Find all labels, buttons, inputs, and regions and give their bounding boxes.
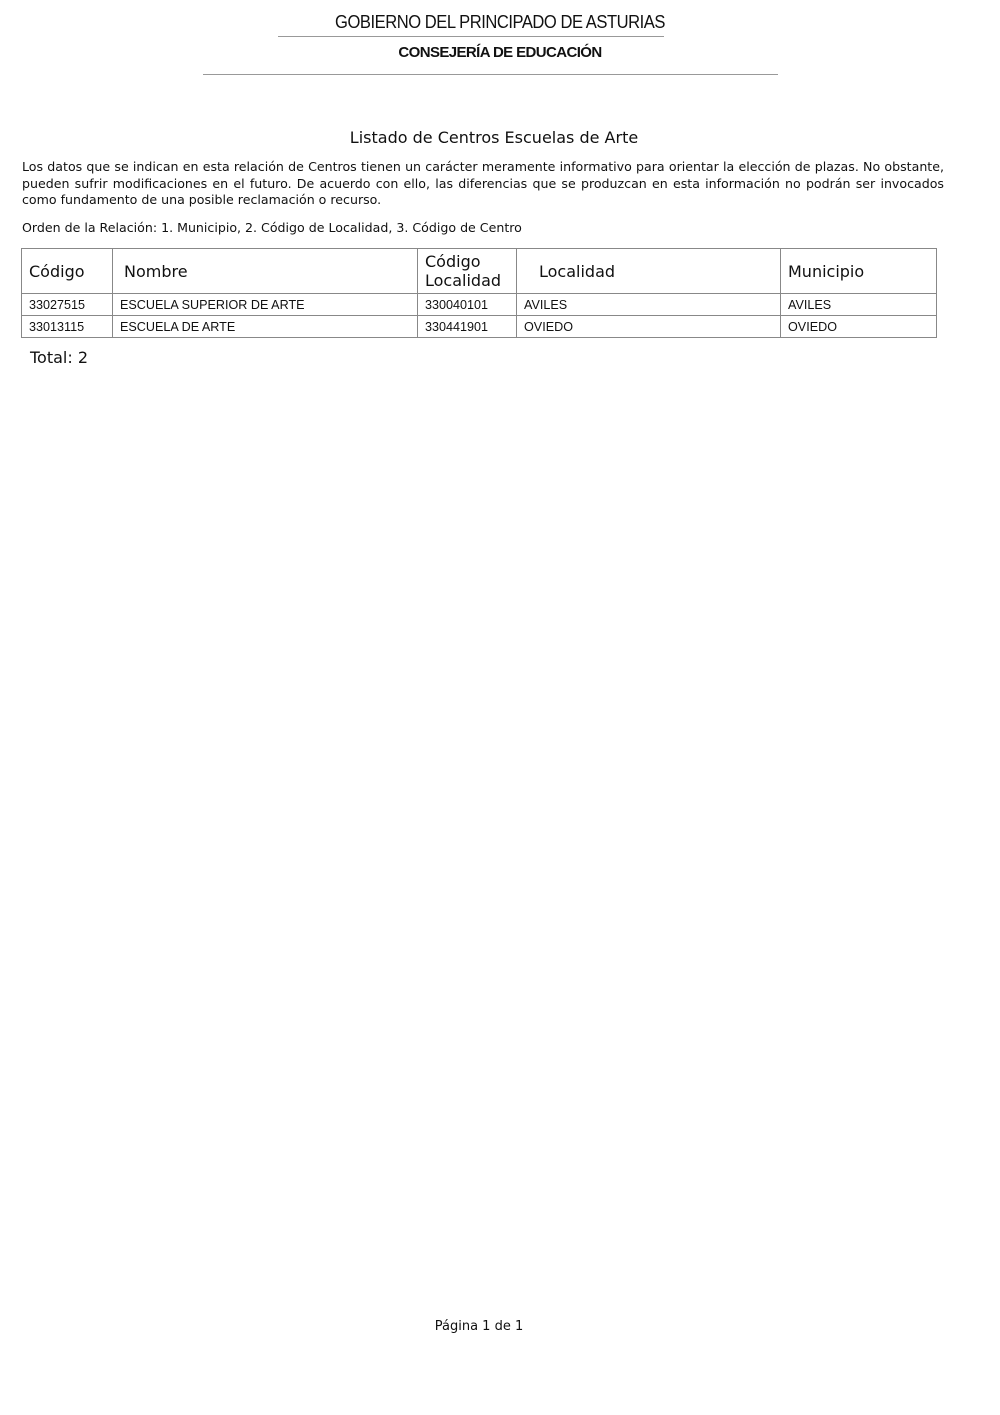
cell-codigo: 33013115: [22, 316, 113, 338]
col-nombre: Nombre: [113, 249, 418, 294]
table-header-row: Código Nombre Código Localidad Localidad…: [22, 249, 937, 294]
cell-nombre: ESCUELA DE ARTE: [113, 316, 418, 338]
col-codigo-localidad: Código Localidad: [418, 249, 517, 294]
cell-localidad: OVIEDO: [517, 316, 781, 338]
cell-codigo-localidad: 330040101: [418, 294, 517, 316]
cell-municipio: AVILES: [781, 294, 937, 316]
centers-table: Código Nombre Código Localidad Localidad…: [21, 248, 937, 338]
cell-municipio: OVIEDO: [781, 316, 937, 338]
cell-localidad: AVILES: [517, 294, 781, 316]
table-row: 33027515 ESCUELA SUPERIOR DE ARTE 330040…: [22, 294, 937, 316]
header-divider-bottom: [203, 74, 778, 75]
cell-codigo: 33027515: [22, 294, 113, 316]
header-department: CONSEJERÍA DE EDUCACIÓN: [0, 44, 1000, 61]
col-codigo: Código: [22, 249, 113, 294]
col-localidad: Localidad: [517, 249, 781, 294]
order-note: Orden de la Relación: 1. Municipio, 2. C…: [22, 220, 522, 235]
header-divider: [278, 36, 664, 37]
col-municipio: Municipio: [781, 249, 937, 294]
document-title: Listado de Centros Escuelas de Arte: [0, 128, 988, 147]
cell-codigo-localidad: 330441901: [418, 316, 517, 338]
page-number: Página 1 de 1: [0, 1319, 958, 1334]
cell-nombre: ESCUELA SUPERIOR DE ARTE: [113, 294, 418, 316]
total-count: Total: 2: [30, 348, 88, 367]
table-row: 33013115 ESCUELA DE ARTE 330441901 OVIED…: [22, 316, 937, 338]
intro-paragraph: Los datos que se indican en esta relació…: [22, 159, 944, 209]
header-government: GOBIERNO DEL PRINCIPADO DE ASTURIAS: [40, 12, 960, 33]
